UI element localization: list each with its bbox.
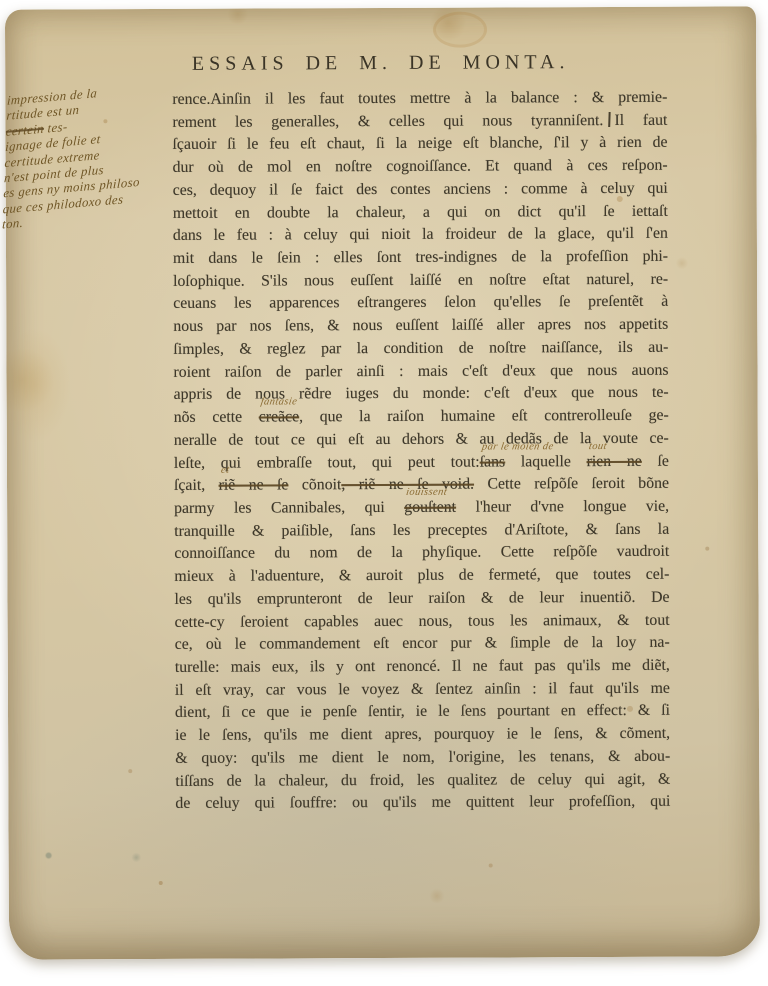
line-text: parmy les Cannibales, qui: [174, 499, 404, 517]
text-line: ie le ſens, qu'ils me dient apres, pourq…: [175, 723, 670, 748]
text-line: ces, dequoy il ſe faict des contes ancie…: [173, 178, 668, 203]
interlinear-note: par le moien de: [481, 442, 554, 452]
line-text: leſte, qui embraſſe tout, qui peut tout:: [174, 453, 480, 471]
paper-stain: [0, 327, 71, 443]
text-line: appris de nous rẽdre iuges du monde: c'e…: [174, 382, 669, 407]
text-line: dans le feu : à celuy qui nioit la froid…: [173, 223, 668, 248]
text-line: dur où de mol en noſtre cognoiſſance. Et…: [173, 155, 668, 180]
strikethrough-text: creãce: [259, 408, 299, 425]
strikethrough-text: rien ne: [587, 452, 642, 469]
scan-backdrop: { "page": { "header": "ESSAIS DE M. DE M…: [0, 0, 768, 986]
text-line: tranquille & paiſible, ſans les precepte…: [174, 518, 669, 543]
foxing-specks: [159, 881, 163, 885]
line-text: l'heur d'vne longue vie,: [456, 498, 669, 516]
text-line: rence.Ainſin il les faut toutes mettre à…: [172, 87, 667, 112]
text-line: mettoit en doubte la chaleur, a qui on d…: [173, 200, 668, 225]
line-text: Il faut: [614, 111, 667, 128]
line-text: , que la raiſon humaine eſt contrerolleu…: [299, 407, 669, 426]
strikethrough-text: certein: [6, 121, 45, 138]
interlinear-note: tout: [588, 442, 607, 452]
strikethrough-text: gouſtent: [404, 499, 456, 516]
ink-stain: [433, 12, 487, 48]
strikethrough-text: ſans: [480, 453, 506, 470]
text-line: tiſſans de la chaleur, du froid, les qua…: [175, 768, 670, 793]
body-text: rence.Ainſin il les faut toutes mettre à…: [172, 87, 670, 816]
text-line: nous par nos ſens, & nous euſſent laiſſé…: [173, 314, 668, 339]
margin-note-text: tes-: [44, 120, 68, 136]
text-line: mit dans le ſein : elles ſont tres-indig…: [173, 246, 668, 271]
text-line: ſçauoir ſi le feu eſt chaut, ſi la neige…: [172, 132, 667, 157]
interlinear-note: et: [220, 466, 230, 476]
line-text: cõnoit: [288, 476, 341, 493]
text-line: ceuans les apparences eſtrangeres ſelon …: [173, 291, 668, 316]
text-line: ce, où le commandement eſt encor pur & ſ…: [175, 632, 670, 657]
text-line: dient, ſi ce que ie penſe ſentir, ie le …: [175, 700, 670, 725]
text-line: ſimples, & reglez par la condition de no…: [173, 337, 668, 362]
line-text: laquelle: [505, 453, 587, 470]
text-line: mieux à l'aduenture, & auroit plus de fe…: [174, 564, 669, 589]
line-text: ſe: [642, 452, 669, 469]
struck-text-wrap: iouissentgouſtent: [404, 499, 456, 516]
margin-annotation: impression de la rtitude est un certein …: [2, 80, 177, 234]
interlinear-note: iouissent: [405, 488, 447, 498]
text-line: de celuy qui ſouffre: ou qu'ils me quitt…: [175, 791, 670, 816]
text-line: les qu'ils emprunteront de leur raiſon &…: [174, 587, 669, 612]
struck-text-wrap: toutrien ne: [587, 452, 642, 469]
text-line: & quoy: qu'ils me dient le nom, l'origin…: [175, 746, 670, 771]
text-line: nõs cette fantasiecreãce, que la raiſon …: [174, 405, 669, 430]
insertion-mark: [608, 112, 611, 127]
line-text: Cette reſpõſe ſeroit bõne: [474, 475, 669, 493]
text-line: rement les generalles, & celles qui nous…: [172, 109, 667, 134]
text-line: turelle: mais eux, ils y ont renoncé. Il…: [175, 655, 670, 680]
text-line: cette-cy ſeroient capables auec nous, to…: [175, 609, 670, 634]
line-text: nõs cette: [174, 409, 259, 426]
line-text: rement les generalles, & celles qui nous…: [172, 112, 603, 131]
text-line: connoiſſance du nom de la phyſique. Cett…: [174, 541, 669, 566]
interlinear-note: fantasie: [260, 397, 298, 407]
text-line: il eſt vray, car vous le voyez & ſentez …: [175, 677, 670, 702]
running-header: ESSAIS DE M. DE MONTA.: [5, 50, 756, 76]
line-text: ſçait,: [174, 477, 219, 494]
struck-text-wrap: fantasiecreãce: [259, 408, 299, 425]
text-line: leſte, qui embraſſe tout, qui peut tout:…: [174, 450, 669, 475]
text-line: parmy les Cannibales, qui iouissentgouſt…: [174, 496, 669, 521]
page-scan: ESSAIS DE M. DE MONTA. impression de la …: [5, 6, 760, 959]
strikethrough-text: riẽ ne ſe: [219, 477, 289, 494]
struck-text-wrap: par le moien deſans: [480, 453, 506, 470]
text-line: roient raiſon de parler ainſi : mais c'e…: [173, 359, 668, 384]
struck-text-wrap: etriẽ ne ſe: [219, 477, 289, 494]
text-line: loſophique. S'ils nous euſſent laiſſé en…: [173, 269, 668, 294]
